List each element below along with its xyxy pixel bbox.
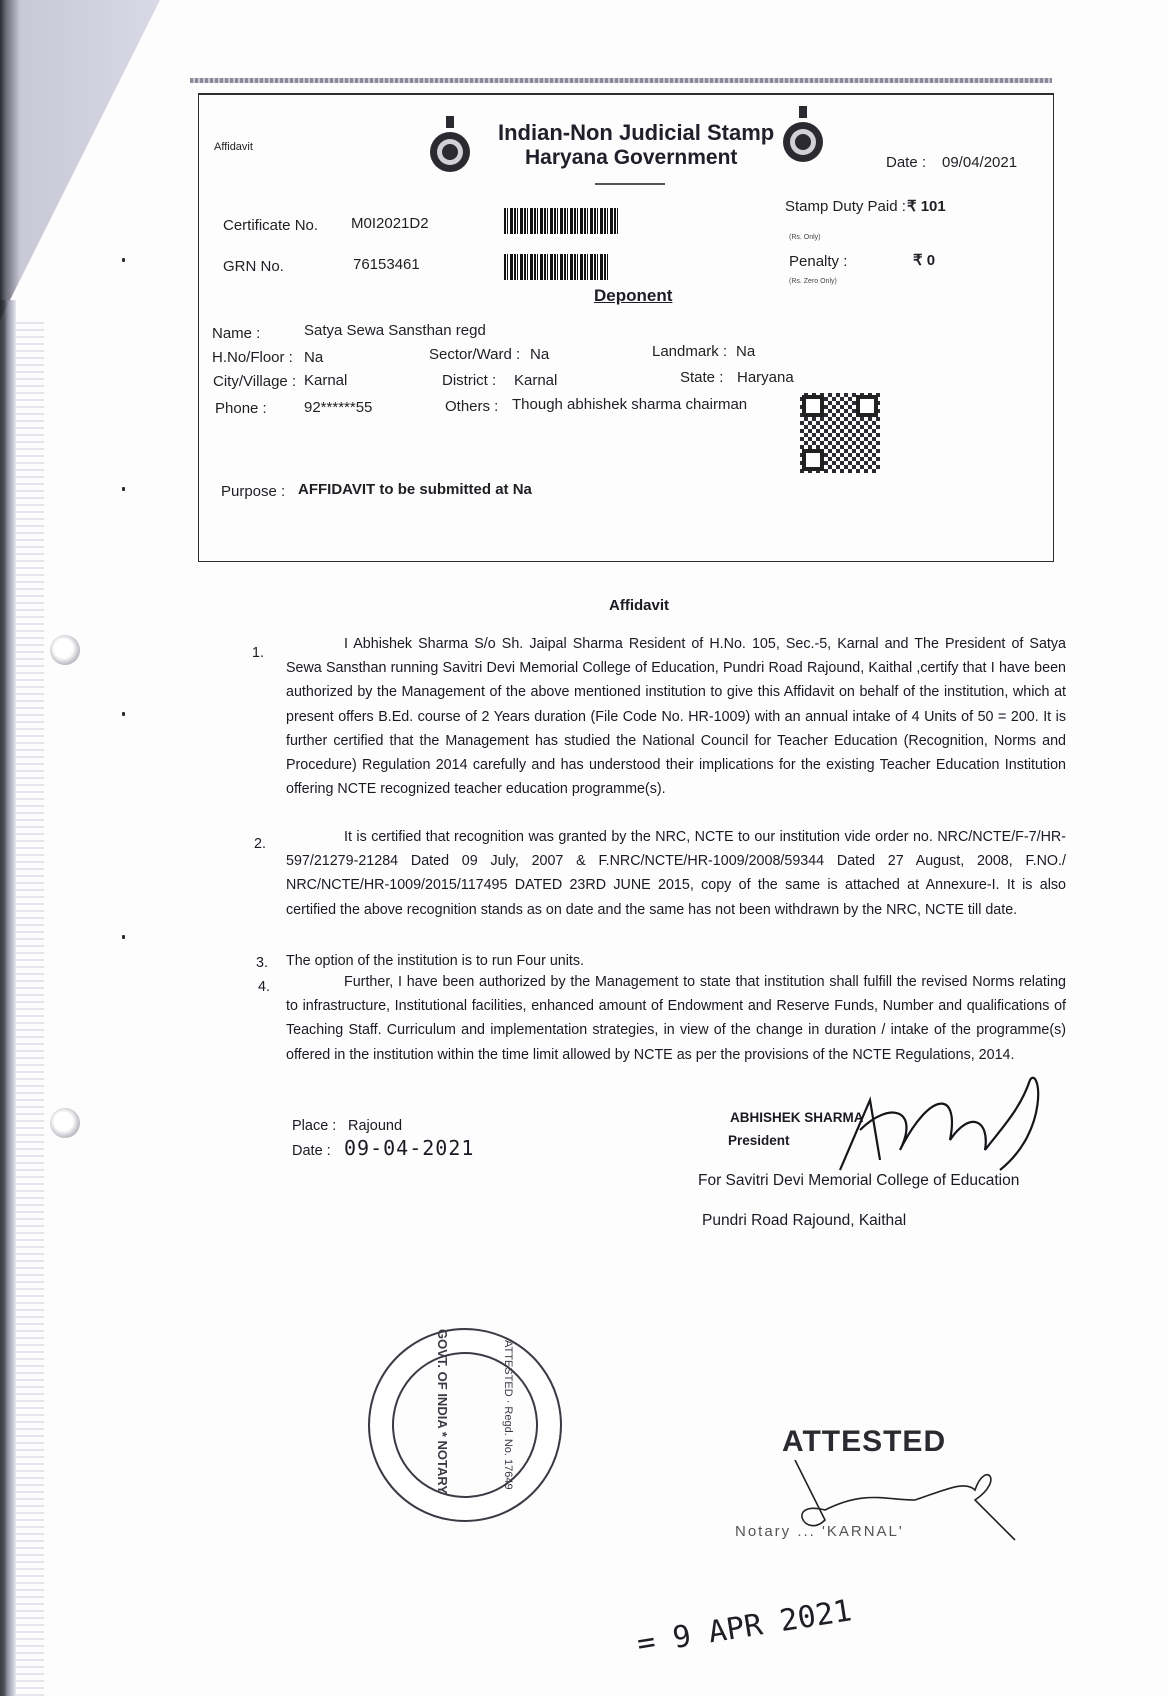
- scanner-shadow: [0, 0, 160, 320]
- date-handwritten: 09-04-2021: [344, 1136, 474, 1160]
- item-number: 3.: [256, 955, 268, 971]
- hno-value: Na: [304, 349, 323, 366]
- item-number: 4.: [258, 979, 270, 995]
- qr-code-icon: [800, 393, 880, 473]
- signature-icon: [800, 1070, 1080, 1180]
- city-label: City/Village :: [213, 373, 296, 390]
- name-value: Satya Sewa Sansthan regd: [304, 322, 486, 339]
- grn-label: GRN No.: [223, 258, 284, 275]
- stamp-date-value: 09/04/2021: [942, 154, 1017, 171]
- date-label: Date :: [292, 1143, 331, 1159]
- signatory-address: Pundri Road Rajound, Kaithal: [702, 1212, 906, 1230]
- penalty-label: Penalty :: [789, 253, 847, 270]
- scan-speck: [122, 712, 125, 716]
- received-date-stamp: = 9 APR 2021: [635, 1593, 855, 1661]
- affidavit-item-2: It is certified that recognition was gra…: [286, 825, 1066, 922]
- sector-value: Na: [530, 346, 549, 363]
- scan-speck: [122, 487, 125, 491]
- others-value: Though abhishek sharma chairman: [512, 396, 747, 413]
- notary-seal: [355, 1315, 574, 1534]
- stamp-duty-label: Stamp Duty Paid :: [785, 198, 906, 215]
- state-emblem-icon: [427, 116, 473, 174]
- punch-hole-icon: [50, 635, 80, 665]
- landmark-label: Landmark :: [652, 343, 727, 360]
- scanner-noise: [16, 320, 44, 1696]
- grn-value: 76153461: [353, 256, 420, 273]
- stamp-paper-border-band: [190, 78, 1052, 83]
- certificate-barcode: [504, 208, 619, 234]
- hno-label: H.No/Floor :: [212, 349, 293, 366]
- stamp-subtitle: Haryana Government: [525, 146, 737, 170]
- scan-speck: [122, 935, 125, 939]
- sector-label: Sector/Ward :: [429, 346, 520, 363]
- others-label: Others :: [445, 398, 498, 415]
- signatory-title: President: [728, 1133, 790, 1148]
- penalty-note: (Rs. Zero Only): [789, 278, 837, 285]
- item-text: I Abhishek Sharma S/o Sh. Jaipal Sharma …: [286, 636, 1066, 797]
- certificate-value: M0I2021D2: [351, 215, 429, 232]
- signatory-org: For Savitri Devi Memorial College of Edu…: [698, 1172, 1019, 1190]
- place-value: Rajound: [348, 1118, 402, 1134]
- item-number: 1.: [252, 645, 264, 661]
- title-underline: [595, 183, 665, 185]
- affidavit-item-4: Further, I have been authorized by the M…: [286, 970, 1066, 1067]
- document-type: Affidavit: [214, 141, 253, 153]
- notary-sub-text: Notary ... 'KARNAL': [735, 1523, 904, 1540]
- grn-barcode: [504, 254, 609, 280]
- stamp-duty-value: ₹ 101: [907, 197, 946, 215]
- city-value: Karnal: [304, 372, 347, 389]
- stamp-title: Indian-Non Judicial Stamp: [498, 120, 774, 146]
- affidavit-heading: Affidavit: [609, 597, 669, 614]
- item-text: It is certified that recognition was gra…: [286, 829, 1066, 918]
- stamp-date-label: Date :: [886, 154, 926, 171]
- place-label: Place :: [292, 1118, 336, 1134]
- scan-speck: [122, 258, 125, 262]
- district-label: District :: [442, 372, 496, 389]
- district-value: Karnal: [514, 372, 557, 389]
- seal-outer-text: GOVT. OF INDIA * NOTARY: [435, 1329, 450, 1494]
- certificate-label: Certificate No.: [223, 217, 318, 234]
- stamp-duty-note: (Rs. Only): [789, 234, 821, 241]
- purpose-value: AFFIDAVIT to be submitted at Na: [298, 481, 532, 498]
- phone-label: Phone :: [215, 400, 267, 417]
- seal-inner-text: ATTESTED · Regd. No. 17649: [502, 1340, 514, 1480]
- purpose-label: Purpose :: [221, 483, 285, 500]
- state-value: Haryana: [737, 369, 794, 386]
- item-text: The option of the institution is to run …: [286, 953, 584, 969]
- state-label: State :: [680, 369, 723, 386]
- item-text: Further, I have been authorized by the M…: [286, 974, 1066, 1063]
- deponent-heading: Deponent: [594, 286, 672, 306]
- penalty-value: ₹ 0: [913, 251, 935, 269]
- state-emblem-icon: [780, 106, 826, 164]
- affidavit-item-1: I Abhishek Sharma S/o Sh. Jaipal Sharma …: [286, 632, 1066, 801]
- punch-hole-icon: [50, 1108, 80, 1138]
- phone-value: 92******55: [304, 399, 372, 416]
- scanner-edge: [0, 300, 16, 1696]
- landmark-value: Na: [736, 343, 755, 360]
- attested-stamp: ATTESTED: [782, 1425, 946, 1459]
- item-number: 2.: [254, 836, 266, 852]
- name-label: Name :: [212, 325, 260, 342]
